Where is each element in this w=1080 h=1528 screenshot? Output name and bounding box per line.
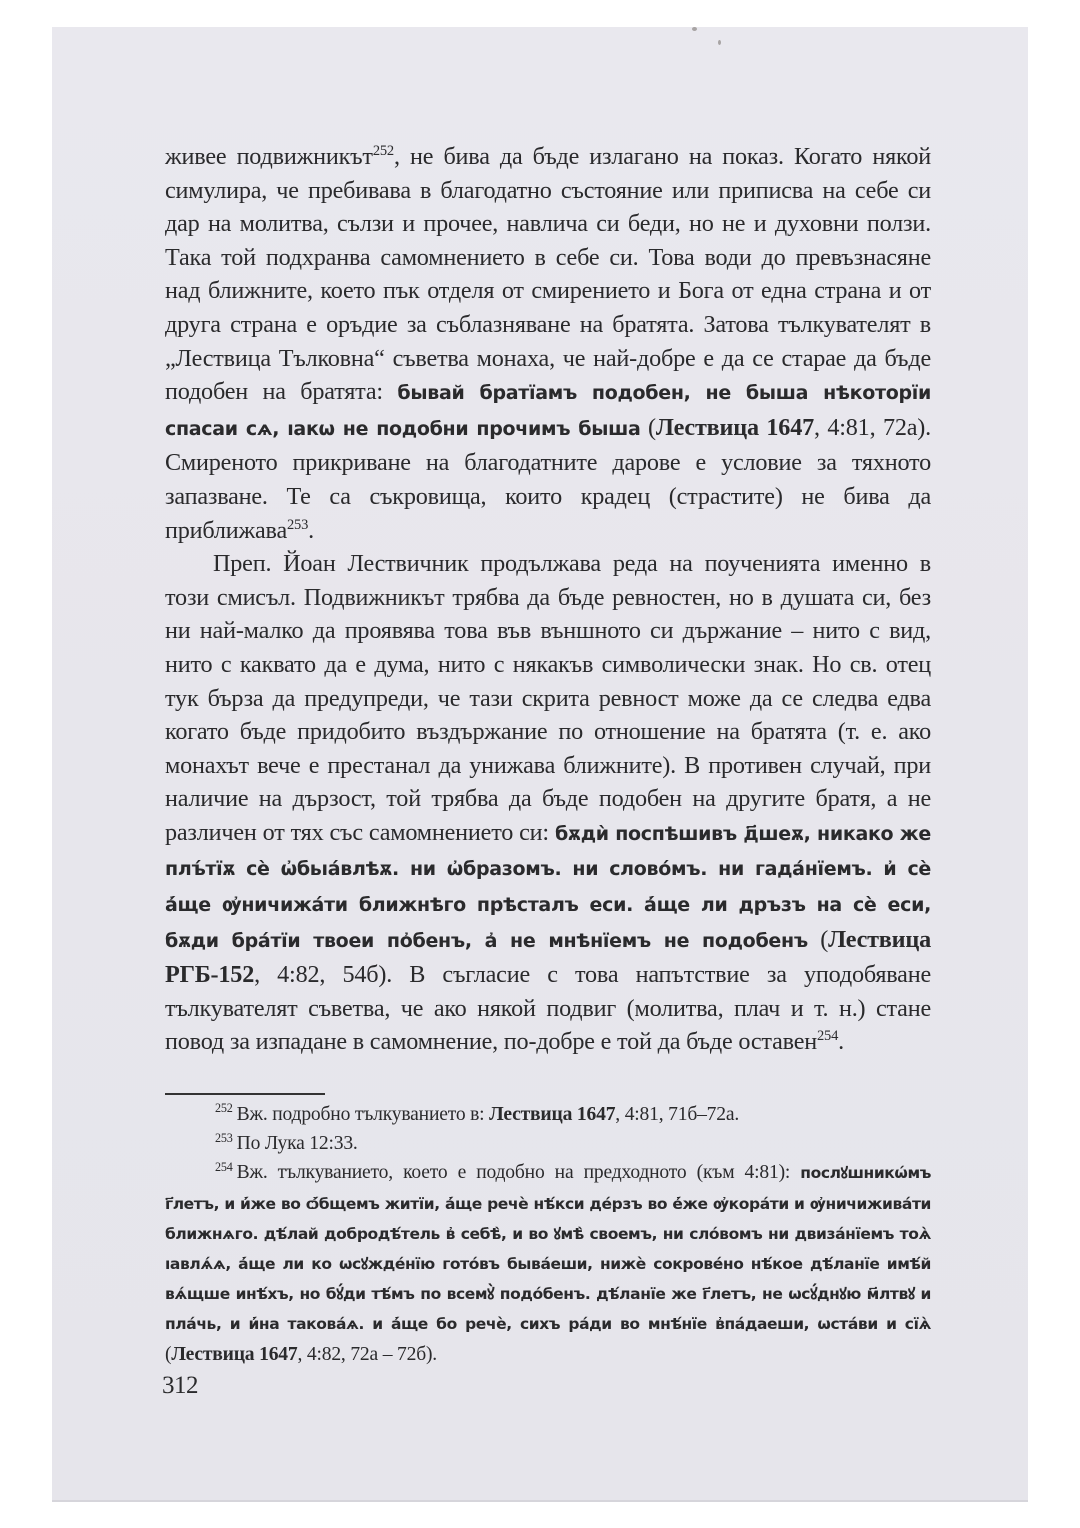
source-citation: Лествица 1647	[171, 1344, 297, 1365]
footnote-separator	[165, 1093, 325, 1095]
footnote-ref: 252	[373, 143, 394, 159]
footnotes: 252Вж. подробно тълкуванието в: Лествица…	[165, 1100, 931, 1369]
footnote-253: 253По Лука 12:33.	[165, 1129, 931, 1158]
main-text: живее подвижникът252, не бива да бъде из…	[165, 140, 931, 1059]
source-citation: Лествица 1647	[489, 1104, 615, 1125]
church-slavonic-quote: бывай братїамъ подобен, не быша нѣкоторї…	[165, 382, 931, 440]
paragraph: живее подвижникът252, не бива да бъде из…	[165, 140, 931, 547]
footnote-252: 252Вж. подробно тълкуванието в: Лествица…	[165, 1100, 931, 1129]
ink-speck	[692, 27, 697, 31]
church-slavonic-quote: послꙋшникѡ́мъ г҃летъ, и и҆́же во ѻ҆́бщем…	[165, 1164, 931, 1333]
page-edge	[52, 1500, 1028, 1502]
footnote-ref: 254	[817, 1028, 838, 1044]
footnote-number: 254	[215, 1160, 233, 1174]
footnote-254: 254Вж. тълкуванието, което е подобно на …	[165, 1158, 931, 1368]
source-citation: Лествица 1647	[656, 414, 814, 441]
church-slavonic-quote: бѫдѝ поспѣшивъ д҃шеѫ, никако же плъ́тїѫ …	[165, 823, 931, 952]
footnote-number: 252	[215, 1101, 233, 1115]
footnote-ref: 253	[287, 516, 308, 532]
paragraph: Преп. Йоан Лествичник продължава реда на…	[165, 547, 931, 1059]
footnote-number: 253	[215, 1131, 233, 1145]
page-number: 312	[162, 1372, 198, 1400]
ink-speck	[718, 40, 721, 45]
